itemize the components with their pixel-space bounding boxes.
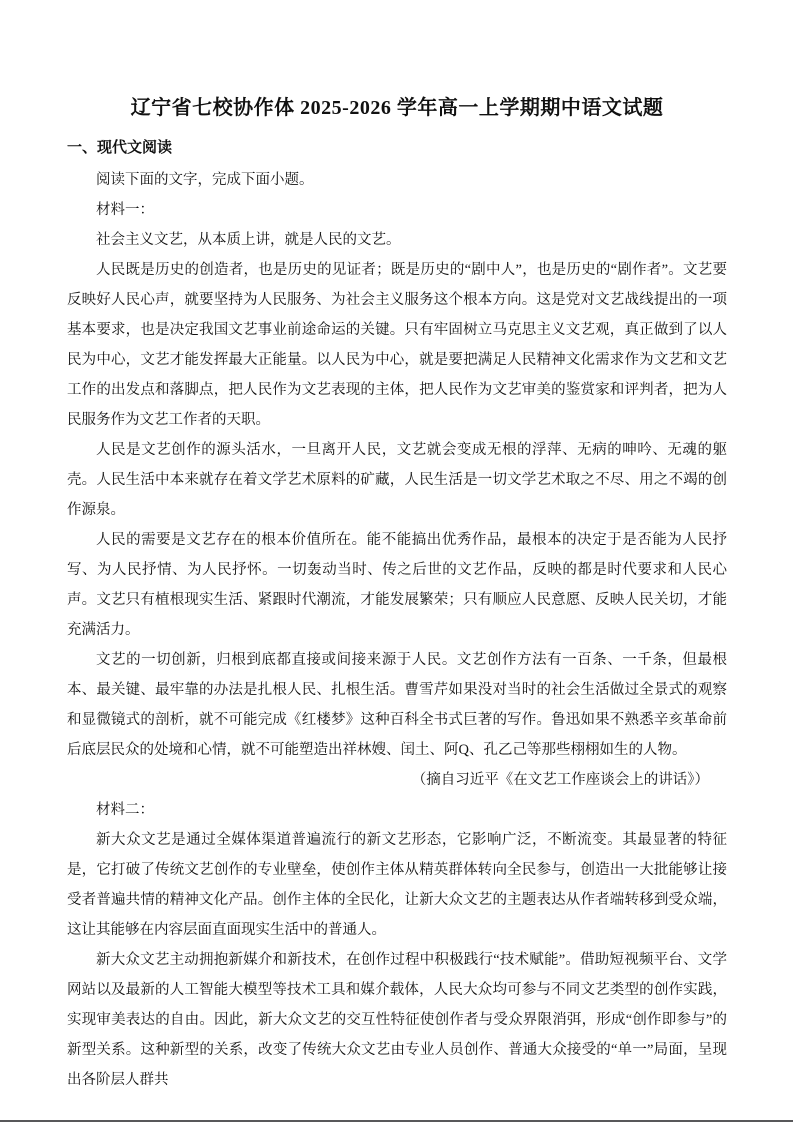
reading-instruction: 阅读下面的文字，完成下面小题。 — [67, 165, 727, 195]
material-one-label: 材料一： — [67, 195, 727, 225]
material-two-label: 材料二： — [67, 795, 727, 825]
document-page: 辽宁省七校协作体 2025-2026 学年高一上学期期中语文试题 一、现代文阅读… — [0, 0, 793, 1122]
material-one-paragraph: 人民既是历史的创造者，也是历史的见证者；既是历史的“剧中人”，也是历史的“剧作者… — [67, 255, 727, 435]
material-one-paragraph: 人民的需要是文艺存在的根本价值所在。能不能搞出优秀作品，最根本的决定于是否能为人… — [67, 525, 727, 645]
document-title: 辽宁省七校协作体 2025-2026 学年高一上学期期中语文试题 — [67, 0, 727, 122]
material-two-paragraph: 新大众文艺主动拥抱新媒介和新技术，在创作过程中积极践行“技术赋能”。借助短视频平… — [67, 945, 727, 1095]
material-one-paragraph: 人民是文艺创作的源头活水，一旦离开人民，文艺就会变成无根的浮萍、无病的呻吟、无魂… — [67, 435, 727, 525]
material-one-paragraph: 文艺的一切创新，归根到底都直接或间接来源于人民。文艺创作方法有一百条、一千条，但… — [67, 645, 727, 765]
document-content: 辽宁省七校协作体 2025-2026 学年高一上学期期中语文试题 一、现代文阅读… — [67, 0, 727, 1095]
section-heading-modern-text-reading: 一、现代文阅读 — [67, 136, 727, 160]
material-one-paragraph: 社会主义文艺，从本质上讲，就是人民的文艺。 — [67, 225, 727, 255]
source-attribution: （摘自习近平《在文艺工作座谈会上的讲话》） — [67, 765, 727, 795]
material-two-paragraph: 新大众文艺是通过全媒体渠道普遍流行的新文艺形态，它影响广泛，不断流变。其最显著的… — [67, 825, 727, 945]
